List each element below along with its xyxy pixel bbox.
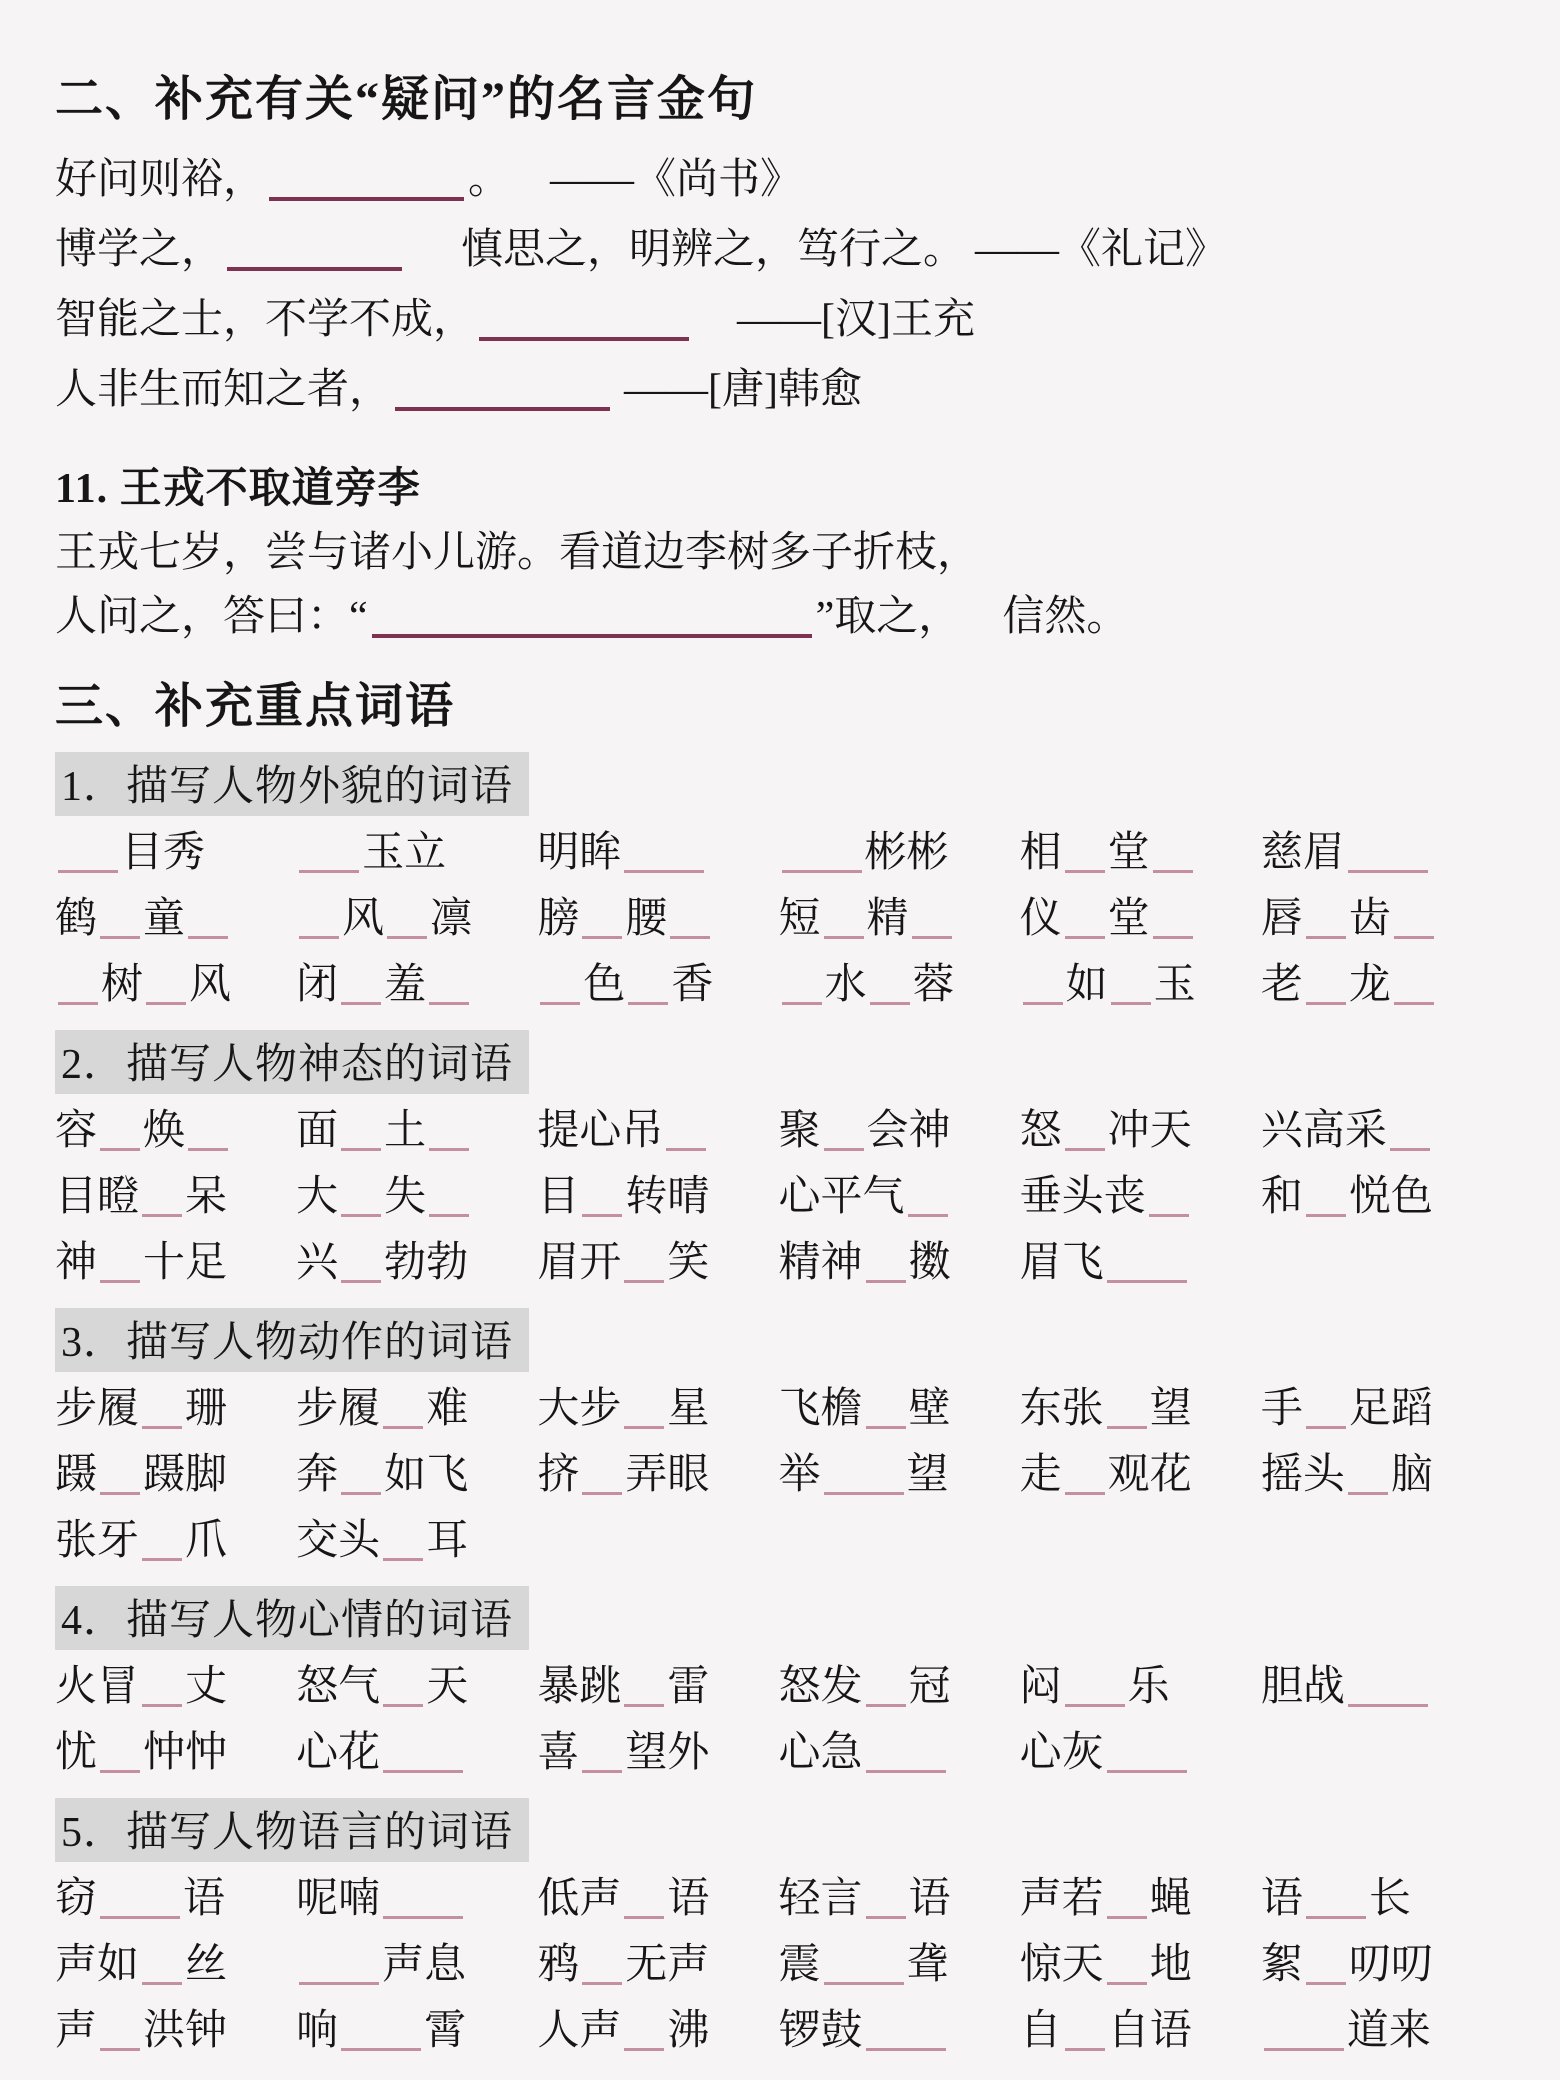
vocab-item: 提心吊 [537, 1098, 778, 1164]
fill-blank [188, 936, 228, 939]
fill-blank [142, 1982, 182, 1985]
fill-blank [429, 1002, 469, 1005]
fill-blank [624, 1704, 664, 1707]
fill-blank [142, 1558, 182, 1561]
fill-blank [1153, 870, 1193, 873]
vocab-row: 火冒丈怒气天暴跳雷怒发冠闷乐胆战 [55, 1654, 1502, 1720]
vocab-group-label: 5．描写人物语言的词语 [55, 1798, 529, 1862]
vocab-item: 轻言语 [779, 1866, 1020, 1932]
fill-blank [824, 936, 864, 939]
fill-blank [100, 1770, 140, 1773]
fill-blank [341, 1492, 381, 1495]
fill-blank [582, 936, 622, 939]
fill-blank [866, 1426, 906, 1429]
quote-source: ——《礼记》 [975, 227, 1227, 273]
vocab-group-heading: 4．描写人物心情的词语 [55, 1586, 1502, 1650]
fill-blank [142, 1426, 182, 1429]
fill-blank [908, 1214, 948, 1217]
vocab-row: 张牙爪交头耳 [55, 1508, 1502, 1574]
vocab-item: 老龙 [1261, 952, 1502, 1018]
vocab-item: 呢喃 [296, 1866, 537, 1932]
fill-blank [395, 407, 610, 411]
vocab-row: 鹤童风凛膀腰短精仪堂唇齿 [55, 886, 1502, 952]
fill-blank [582, 1982, 622, 1985]
quote-line: 博学之，慎思之，明辨之，笃行之。——《礼记》 [55, 215, 1502, 285]
fill-blank [1065, 936, 1105, 939]
vocab-item: 大步星 [537, 1376, 778, 1442]
quote-line: 人非生而知之者，——[唐]韩愈 [55, 355, 1502, 425]
fill-blank [582, 1214, 622, 1217]
fill-blank [341, 1214, 381, 1217]
vocab-item: 心花 [296, 1720, 537, 1786]
fill-blank [383, 1916, 463, 1919]
vocab-group-heading: 5．描写人物语言的词语 [55, 1798, 1502, 1862]
vocab-item: 道来 [1261, 1998, 1502, 2064]
vocab-item: 鹤童 [55, 886, 296, 952]
vocab-row: 目秀玉立明眸彬彬相堂慈眉 [55, 820, 1502, 886]
fill-blank [429, 1214, 469, 1217]
fill-blank [142, 1214, 182, 1217]
vocab-item: 惊天地 [1020, 1932, 1261, 1998]
vocab-group-heading: 1．描写人物外貌的词语 [55, 752, 1502, 816]
fill-blank [582, 1770, 622, 1773]
vocab-row: 步履珊步履难大步星飞檐壁东张望手足蹈 [55, 1376, 1502, 1442]
vocab-item: 精神擞 [779, 1230, 1020, 1296]
fill-blank [1023, 1002, 1063, 1005]
fill-blank [429, 1148, 469, 1151]
fill-blank [58, 870, 118, 873]
fill-blank [824, 1982, 904, 1985]
fill-blank [372, 634, 812, 638]
quote-text-pre: 人非生而知之者， [55, 367, 391, 413]
fill-blank [1348, 1492, 1388, 1495]
vocab-item: 面土 [296, 1098, 537, 1164]
vocab-item: 鸦无声 [537, 1932, 778, 1998]
vocab-item: 神十足 [55, 1230, 296, 1296]
fill-blank [383, 1770, 463, 1773]
fill-blank [1149, 1214, 1189, 1217]
lesson-text-pre: 人问之，答曰：“ [55, 594, 368, 640]
vocab-row: 窃语呢喃低声语轻言语声若蝇语长 [55, 1866, 1502, 1932]
fill-blank [341, 1002, 381, 1005]
vocab-item: 兴勃勃 [296, 1230, 537, 1296]
fill-blank [1306, 936, 1346, 939]
vocab-item: 目秀 [55, 820, 296, 886]
fill-blank [1394, 936, 1434, 939]
quote-line: 好问则裕，。——《尚书》 [55, 145, 1502, 215]
quote-source: ——[唐]韩愈 [624, 367, 862, 413]
fill-blank [383, 1704, 423, 1707]
fill-blank [341, 1280, 381, 1283]
vocab-item: 暴跳雷 [537, 1654, 778, 1720]
fill-blank [299, 936, 339, 939]
vocab-item: 兴高采 [1261, 1098, 1502, 1164]
vocab-item: 声洪钟 [55, 1998, 296, 2064]
fill-blank [624, 2048, 664, 2051]
vocab-item: 眉飞 [1020, 1230, 1261, 1296]
vocab-item: 心平气 [779, 1164, 1020, 1230]
fill-blank [624, 1280, 664, 1283]
fill-blank [299, 870, 359, 873]
vocab-item: 飞檐壁 [779, 1376, 1020, 1442]
fill-blank [1107, 1916, 1147, 1919]
vocab-row: 树风闭羞色香水蓉如玉老龙 [55, 952, 1502, 1018]
lesson-11-text-line1: 王戎七岁，尝与诸小儿游。看道边李树多子折枝， [55, 521, 1502, 585]
fill-blank [227, 267, 402, 271]
vocab-item: 明眸 [537, 820, 778, 886]
vocab-item: 水蓉 [779, 952, 1020, 1018]
fill-blank [100, 1916, 180, 1919]
fill-blank [142, 1704, 182, 1707]
vocab-item: 东张望 [1020, 1376, 1261, 1442]
vocab-item: 声如丝 [55, 1932, 296, 1998]
vocab-item: 大失 [296, 1164, 537, 1230]
vocab-item: 和悦色 [1261, 1164, 1502, 1230]
vocab-item: 胆战 [1261, 1654, 1502, 1720]
vocab-group-mood: 4．描写人物心情的词语 火冒丈怒气天暴跳雷怒发冠闷乐胆战忧忡忡心花喜望外心急心灰 [55, 1586, 1502, 1786]
vocab-item: 彬彬 [779, 820, 1020, 886]
fill-blank [824, 1492, 904, 1495]
fill-blank [1065, 1492, 1105, 1495]
fill-blank [1306, 1214, 1346, 1217]
fill-blank [1348, 1704, 1428, 1707]
vocab-item: 手足蹈 [1261, 1376, 1502, 1442]
vocab-item: 目转晴 [537, 1164, 778, 1230]
vocab-item: 怒发冠 [779, 1654, 1020, 1720]
vocab-grid: 目秀玉立明眸彬彬相堂慈眉鹤童风凛膀腰短精仪堂唇齿树风闭羞色香水蓉如玉老龙 [55, 820, 1502, 1018]
fill-blank [383, 1558, 423, 1561]
fill-blank [624, 1916, 664, 1919]
vocab-item: 絮叨叨 [1261, 1932, 1502, 1998]
fill-blank [1306, 1002, 1346, 1005]
vocab-item: 声若蝇 [1020, 1866, 1261, 1932]
vocab-item: 风凛 [296, 886, 537, 952]
fill-blank [540, 1002, 580, 1005]
fill-blank [870, 1002, 910, 1005]
vocab-item: 举望 [779, 1442, 1020, 1508]
fill-blank [1107, 1770, 1187, 1773]
vocab-item: 火冒丈 [55, 1654, 296, 1720]
vocab-item: 自自语 [1020, 1998, 1261, 2064]
fill-blank [1348, 870, 1428, 873]
fill-blank [628, 1002, 668, 1005]
vocab-group-action: 3．描写人物动作的词语 步履珊步履难大步星飞檐壁东张望手足蹈蹑蹑脚奔如飞挤弄眼举… [55, 1308, 1502, 1574]
fill-blank [1107, 1982, 1147, 1985]
fill-blank [582, 1492, 622, 1495]
vocab-item: 挤弄眼 [537, 1442, 778, 1508]
section-two-title: 二、补充有关“疑问”的名言金句 [55, 60, 1502, 129]
vocab-group-label: 3．描写人物动作的词语 [55, 1308, 529, 1372]
fill-blank [866, 1770, 946, 1773]
vocab-group-speech: 5．描写人物语言的词语 窃语呢喃低声语轻言语声若蝇语长声如丝声息鸦无声震聋惊天地… [55, 1798, 1502, 2064]
fill-blank [1107, 1426, 1147, 1429]
fill-blank [188, 1148, 228, 1151]
vocab-item: 步履珊 [55, 1376, 296, 1442]
fill-blank [912, 936, 952, 939]
quote-text-pre: 智能之士，不学不成， [55, 297, 475, 343]
vocab-item: 怒冲天 [1020, 1098, 1261, 1164]
vocab-item: 步履难 [296, 1376, 537, 1442]
fill-blank [824, 1148, 864, 1151]
section-three-title: 三、补充重点词语 [55, 667, 1502, 736]
vocab-group-expression: 2．描写人物神态的词语 容焕面土提心吊聚会神怒冲天兴高采目瞪呆大失目转晴心平气垂… [55, 1030, 1502, 1296]
vocab-item: 树风 [55, 952, 296, 1018]
vocab-item: 色香 [537, 952, 778, 1018]
fill-blank [782, 1002, 822, 1005]
vocab-item: 锣鼓 [779, 1998, 1020, 2064]
fill-blank [1394, 1002, 1434, 1005]
vocab-item: 走观花 [1020, 1442, 1261, 1508]
vocab-group-label: 2．描写人物神态的词语 [55, 1030, 529, 1094]
worksheet-page: 二、补充有关“疑问”的名言金句 好问则裕，。——《尚书》 博学之，慎思之，明辨之… [55, 60, 1502, 2064]
quote-source: ——《尚书》 [550, 157, 802, 203]
fill-blank [1390, 1148, 1430, 1151]
vocab-item: 低声语 [537, 1866, 778, 1932]
fill-blank [100, 1492, 140, 1495]
vocab-item: 慈眉 [1261, 820, 1502, 886]
fill-blank [100, 1148, 140, 1151]
vocab-row: 声如丝声息鸦无声震聋惊天地絮叨叨 [55, 1932, 1502, 1998]
quote-text-pre: 好问则裕， [55, 157, 265, 203]
vocab-group-heading: 2．描写人物神态的词语 [55, 1030, 1502, 1094]
fill-blank [1065, 1148, 1105, 1151]
vocab-item: 人声沸 [537, 1998, 778, 2064]
vocab-item: 摇头脑 [1261, 1442, 1502, 1508]
vocab-item: 声息 [296, 1932, 537, 1998]
fill-blank [866, 1704, 906, 1707]
vocab-group-label: 1．描写人物外貌的词语 [55, 752, 529, 816]
vocab-item: 交头耳 [296, 1508, 537, 1574]
vocab-row: 声洪钟响霄人声沸锣鼓自自语道来 [55, 1998, 1502, 2064]
lesson-11-title: 11. 王戎不取道旁李 [55, 455, 1502, 515]
fill-blank [58, 1002, 98, 1005]
fill-blank [670, 936, 710, 939]
vocab-item: 怒气天 [296, 1654, 537, 1720]
fill-blank [1111, 1002, 1151, 1005]
vocab-item: 蹑蹑脚 [55, 1442, 296, 1508]
fill-blank [100, 2048, 140, 2051]
vocab-item: 喜望外 [537, 1720, 778, 1786]
vocab-item: 响霄 [296, 1998, 537, 2064]
fill-blank [866, 1916, 906, 1919]
fill-blank [624, 870, 704, 873]
vocab-item: 窃语 [55, 1866, 296, 1932]
fill-blank [1306, 1426, 1346, 1429]
vocab-row: 目瞪呆大失目转晴心平气垂头丧和悦色 [55, 1164, 1502, 1230]
fill-blank [866, 2048, 946, 2051]
fill-blank [1153, 936, 1193, 939]
vocab-item: 玉立 [296, 820, 537, 886]
fill-blank [1065, 870, 1105, 873]
fill-blank [387, 936, 427, 939]
vocab-grid: 容焕面土提心吊聚会神怒冲天兴高采目瞪呆大失目转晴心平气垂头丧和悦色神十足兴勃勃眉… [55, 1098, 1502, 1296]
fill-blank [782, 870, 862, 873]
fill-blank [146, 1002, 186, 1005]
fill-blank [383, 1426, 423, 1429]
vocab-item: 闷乐 [1020, 1654, 1261, 1720]
vocab-group-heading: 3．描写人物动作的词语 [55, 1308, 1502, 1372]
vocab-item: 目瞪呆 [55, 1164, 296, 1230]
fill-blank [866, 1280, 906, 1283]
lesson-11-text-line2: 人问之，答曰：“”取之，信然。 [55, 585, 1502, 649]
vocab-item: 闭羞 [296, 952, 537, 1018]
vocab-item: 仪堂 [1020, 886, 1261, 952]
vocab-item: 容焕 [55, 1098, 296, 1164]
vocab-grid: 火冒丈怒气天暴跳雷怒发冠闷乐胆战忧忡忡心花喜望外心急心灰 [55, 1654, 1502, 1786]
vocab-item: 心灰 [1020, 1720, 1261, 1786]
vocab-item: 奔如飞 [296, 1442, 537, 1508]
fill-blank [1107, 1280, 1187, 1283]
lesson-text-post2: 信然。 [1002, 594, 1128, 640]
quote-text-post: 慎思之，明辨之，笃行之。 [461, 227, 965, 273]
vocab-grid: 步履珊步履难大步星飞檐壁东张望手足蹈蹑蹑脚奔如飞挤弄眼举望走观花摇头脑张牙爪交头… [55, 1376, 1502, 1574]
vocab-group-label: 4．描写人物心情的词语 [55, 1586, 529, 1650]
fill-blank [341, 1148, 381, 1151]
quote-line: 智能之士，不学不成，——[汉]王充 [55, 285, 1502, 355]
vocab-item: 心急 [779, 1720, 1020, 1786]
fill-blank [624, 1426, 664, 1429]
vocab-item: 张牙爪 [55, 1508, 296, 1574]
fill-blank [666, 1148, 706, 1151]
fill-blank [479, 337, 689, 341]
quote-text-post: 。 [468, 157, 510, 203]
vocab-item: 唇齿 [1261, 886, 1502, 952]
vocab-item: 语长 [1261, 1866, 1502, 1932]
quote-text-pre: 博学之， [55, 227, 223, 273]
fill-blank [341, 2048, 421, 2051]
fill-blank [1065, 1704, 1125, 1707]
vocab-item: 短精 [779, 886, 1020, 952]
fill-blank [100, 936, 140, 939]
vocab-item: 聚会神 [779, 1098, 1020, 1164]
quote-source: ——[汉]王充 [737, 297, 975, 343]
fill-blank [299, 1982, 379, 1985]
fill-blank [269, 197, 464, 201]
vocab-group-appearance: 1．描写人物外貌的词语 目秀玉立明眸彬彬相堂慈眉鹤童风凛膀腰短精仪堂唇齿树风闭羞… [55, 752, 1502, 1018]
fill-blank [1306, 1982, 1346, 1985]
vocab-item: 忧忡忡 [55, 1720, 296, 1786]
vocab-item: 如玉 [1020, 952, 1261, 1018]
vocab-item: 眉开笑 [537, 1230, 778, 1296]
vocab-grid: 窃语呢喃低声语轻言语声若蝇语长声如丝声息鸦无声震聋惊天地絮叨叨声洪钟响霄人声沸锣… [55, 1866, 1502, 2064]
vocab-row: 蹑蹑脚奔如飞挤弄眼举望走观花摇头脑 [55, 1442, 1502, 1508]
fill-blank [1306, 1916, 1366, 1919]
fill-blank [100, 1280, 140, 1283]
fill-blank [1264, 2048, 1344, 2051]
fill-blank [1065, 2048, 1105, 2051]
vocab-row: 忧忡忡心花喜望外心急心灰 [55, 1720, 1502, 1786]
vocab-row: 容焕面土提心吊聚会神怒冲天兴高采 [55, 1098, 1502, 1164]
lesson-text-post: ”取之， [816, 594, 961, 640]
vocab-item: 震聋 [779, 1932, 1020, 1998]
vocab-item: 膀腰 [537, 886, 778, 952]
vocab-item: 垂头丧 [1020, 1164, 1261, 1230]
vocab-item: 相堂 [1020, 820, 1261, 886]
vocab-row: 神十足兴勃勃眉开笑精神擞眉飞 [55, 1230, 1502, 1296]
